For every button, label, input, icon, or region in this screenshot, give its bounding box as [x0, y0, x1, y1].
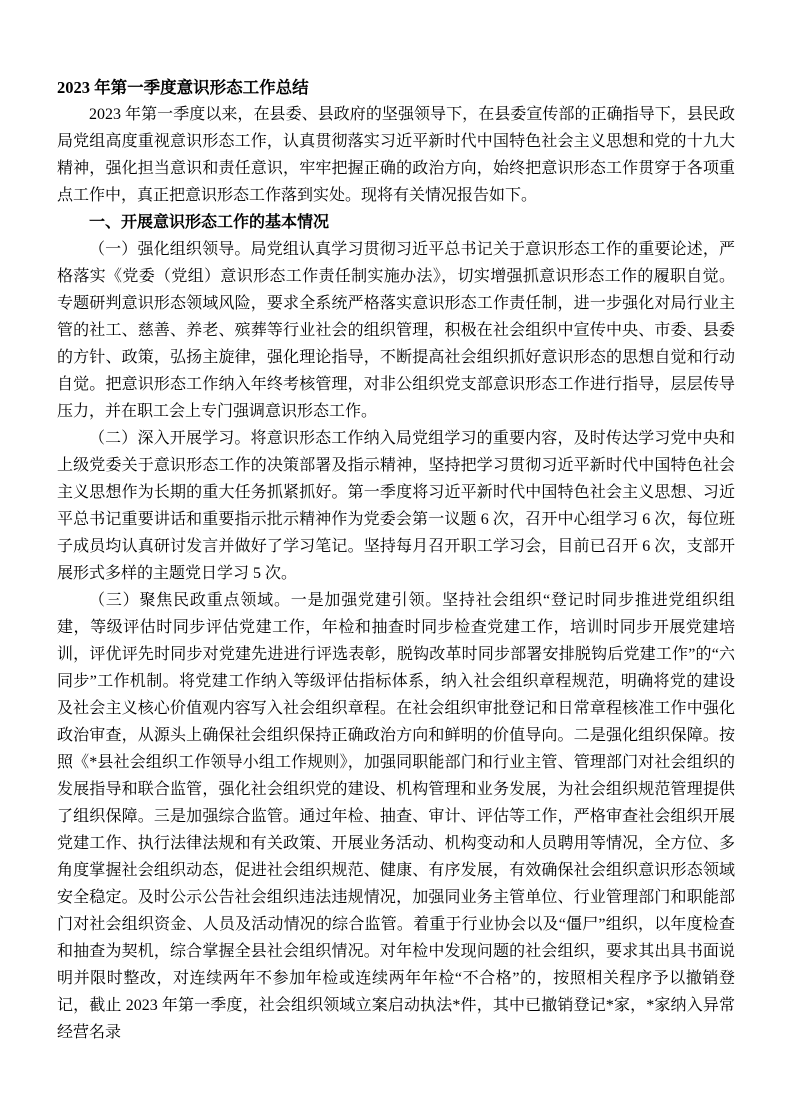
paragraph-in-depth-study: （二）深入开展学习。将意识形态工作纳入局党组学习的重要内容，及时传达学习党中央和…	[57, 425, 735, 587]
intro-paragraph: 2023 年第一季度以来，在县委、县政府的坚强领导下，在县委宣传部的正确指导下，…	[57, 101, 735, 209]
section-1-heading: 一、开展意识形态工作的基本情况	[57, 209, 735, 236]
document-page: 2023 年第一季度意识形态工作总结 2023 年第一季度以来，在县委、县政府的…	[0, 0, 790, 1118]
paragraph-civil-affairs-focus: （三）聚焦民政重点领域。一是加强党建引领。坚持社会组织“登记时同步推进党组织组建…	[57, 587, 735, 1046]
paragraph-organization-leadership: （一）强化组织领导。局党组认真学习贯彻习近平总书记关于意识形态工作的重要论述，严…	[57, 236, 735, 425]
document-title: 2023 年第一季度意识形态工作总结	[57, 74, 735, 101]
